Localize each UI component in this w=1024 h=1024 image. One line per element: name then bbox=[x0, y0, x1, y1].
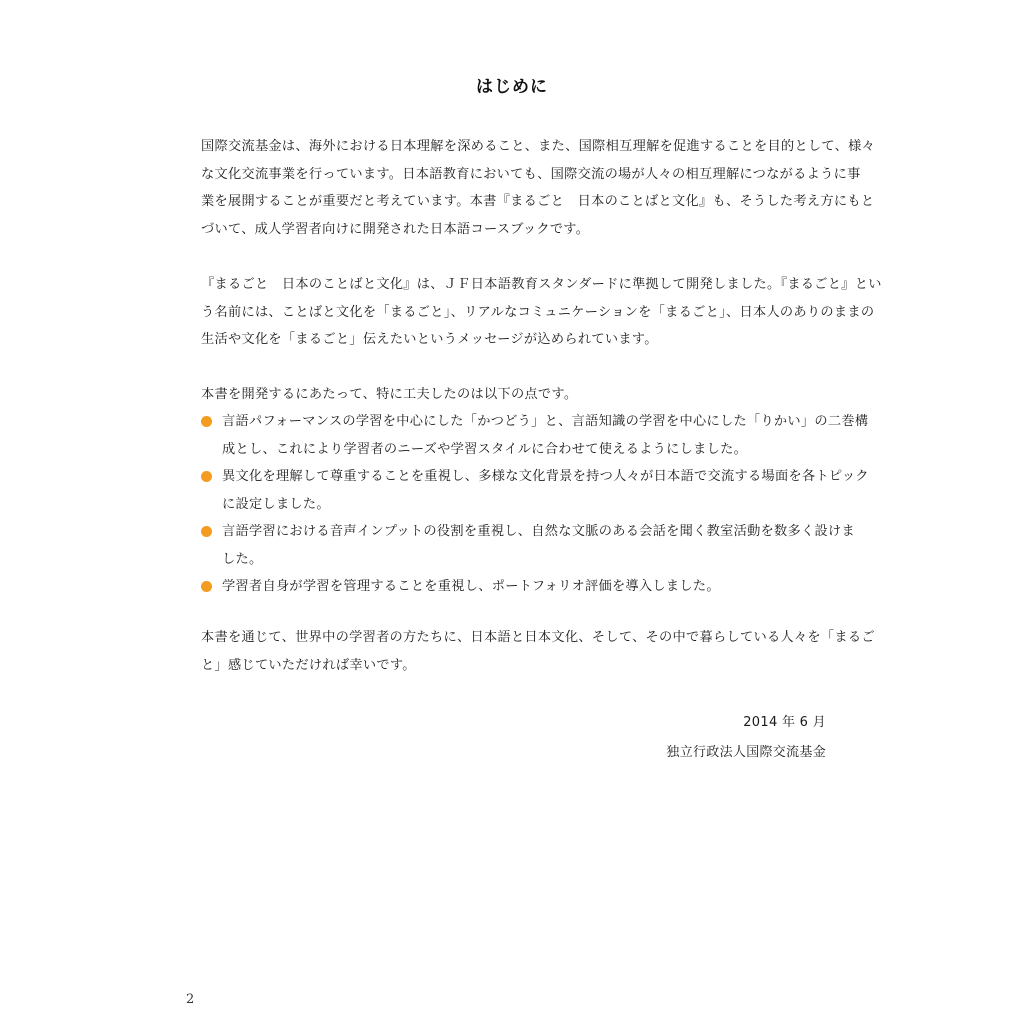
signature-date: 2014 年 6 月 bbox=[743, 711, 826, 730]
text-line: 異文化を理解して尊重することを重視し、多様な文化背景を持つ人々が日本語で交流する… bbox=[222, 463, 869, 491]
page-title: はじめに bbox=[0, 72, 1024, 97]
bullet-dot-icon bbox=[201, 416, 212, 427]
paragraph-intro: 国際交流基金は、海外における日本理解を深めること、また、国際相互理解を促進するこ… bbox=[201, 133, 831, 243]
bullet-dot-icon bbox=[201, 471, 212, 482]
text-line: 成とし、これにより学習者のニーズや学習スタイルに合わせて使えるようにしました。 bbox=[222, 436, 868, 464]
signature-organization: 独立行政法人国際交流基金 bbox=[666, 741, 826, 760]
text-line: な文化交流事業を行っています。日本語教育においても、国際交流の場が人々の相互理解… bbox=[201, 161, 831, 189]
document-page: はじめに 国際交流基金は、海外における日本理解を深めること、また、国際相互理解を… bbox=[0, 0, 1024, 1024]
text-line: 国際交流基金は、海外における日本理解を深めること、また、国際相互理解を促進するこ… bbox=[201, 133, 831, 161]
text-line: と」感じていただければ幸いです。 bbox=[201, 652, 831, 680]
text-line: づいて、成人学習者向けに開発された日本語コースブックです。 bbox=[201, 216, 831, 244]
text-line: 本書を通じて、世界中の学習者の方たちに、日本語と日本文化、そして、その中で暮らし… bbox=[201, 624, 831, 652]
text-line: 言語学習における音声インプットの役割を重視し、自然な文脈のある会話を聞く教室活動… bbox=[222, 518, 855, 546]
text-line: 学習者自身が学習を管理することを重視し、ポートフォリオ評価を導入しました。 bbox=[222, 573, 720, 601]
text-line: 本書を開発するにあたって、特に工夫したのは以下の点です。 bbox=[201, 381, 831, 409]
text-line: 業を展開することが重要だと考えています。本書『まるごと 日本のことばと文化』も、… bbox=[201, 188, 831, 216]
text-line: う名前には、ことばと文化を「まるごと」、リアルなコミュニケーションを「まるごと」… bbox=[201, 299, 831, 327]
paragraph-features-intro: 本書を開発するにあたって、特に工夫したのは以下の点です。 bbox=[201, 381, 831, 409]
bullet-dot-icon bbox=[201, 526, 212, 537]
text-line: に設定しました。 bbox=[222, 491, 869, 519]
paragraph-marugoto: 『まるごと 日本のことばと文化』は、ＪＦ日本語教育スタンダードに準拠して開発しま… bbox=[201, 271, 831, 354]
text-line: 『まるごと 日本のことばと文化』は、ＪＦ日本語教育スタンダードに準拠して開発しま… bbox=[201, 271, 831, 299]
paragraph-closing: 本書を通じて、世界中の学習者の方たちに、日本語と日本文化、そして、その中で暮らし… bbox=[201, 624, 831, 679]
text-line: 言語パフォーマンスの学習を中心にした「かつどう」と、言語知識の学習を中心にした「… bbox=[222, 408, 868, 436]
text-line: した。 bbox=[222, 546, 855, 574]
bullet-dot-icon bbox=[201, 581, 212, 592]
page-number: 2 bbox=[186, 992, 194, 1007]
text-line: 生活や文化を「まるごと」伝えたいというメッセージが込められています。 bbox=[201, 326, 831, 354]
